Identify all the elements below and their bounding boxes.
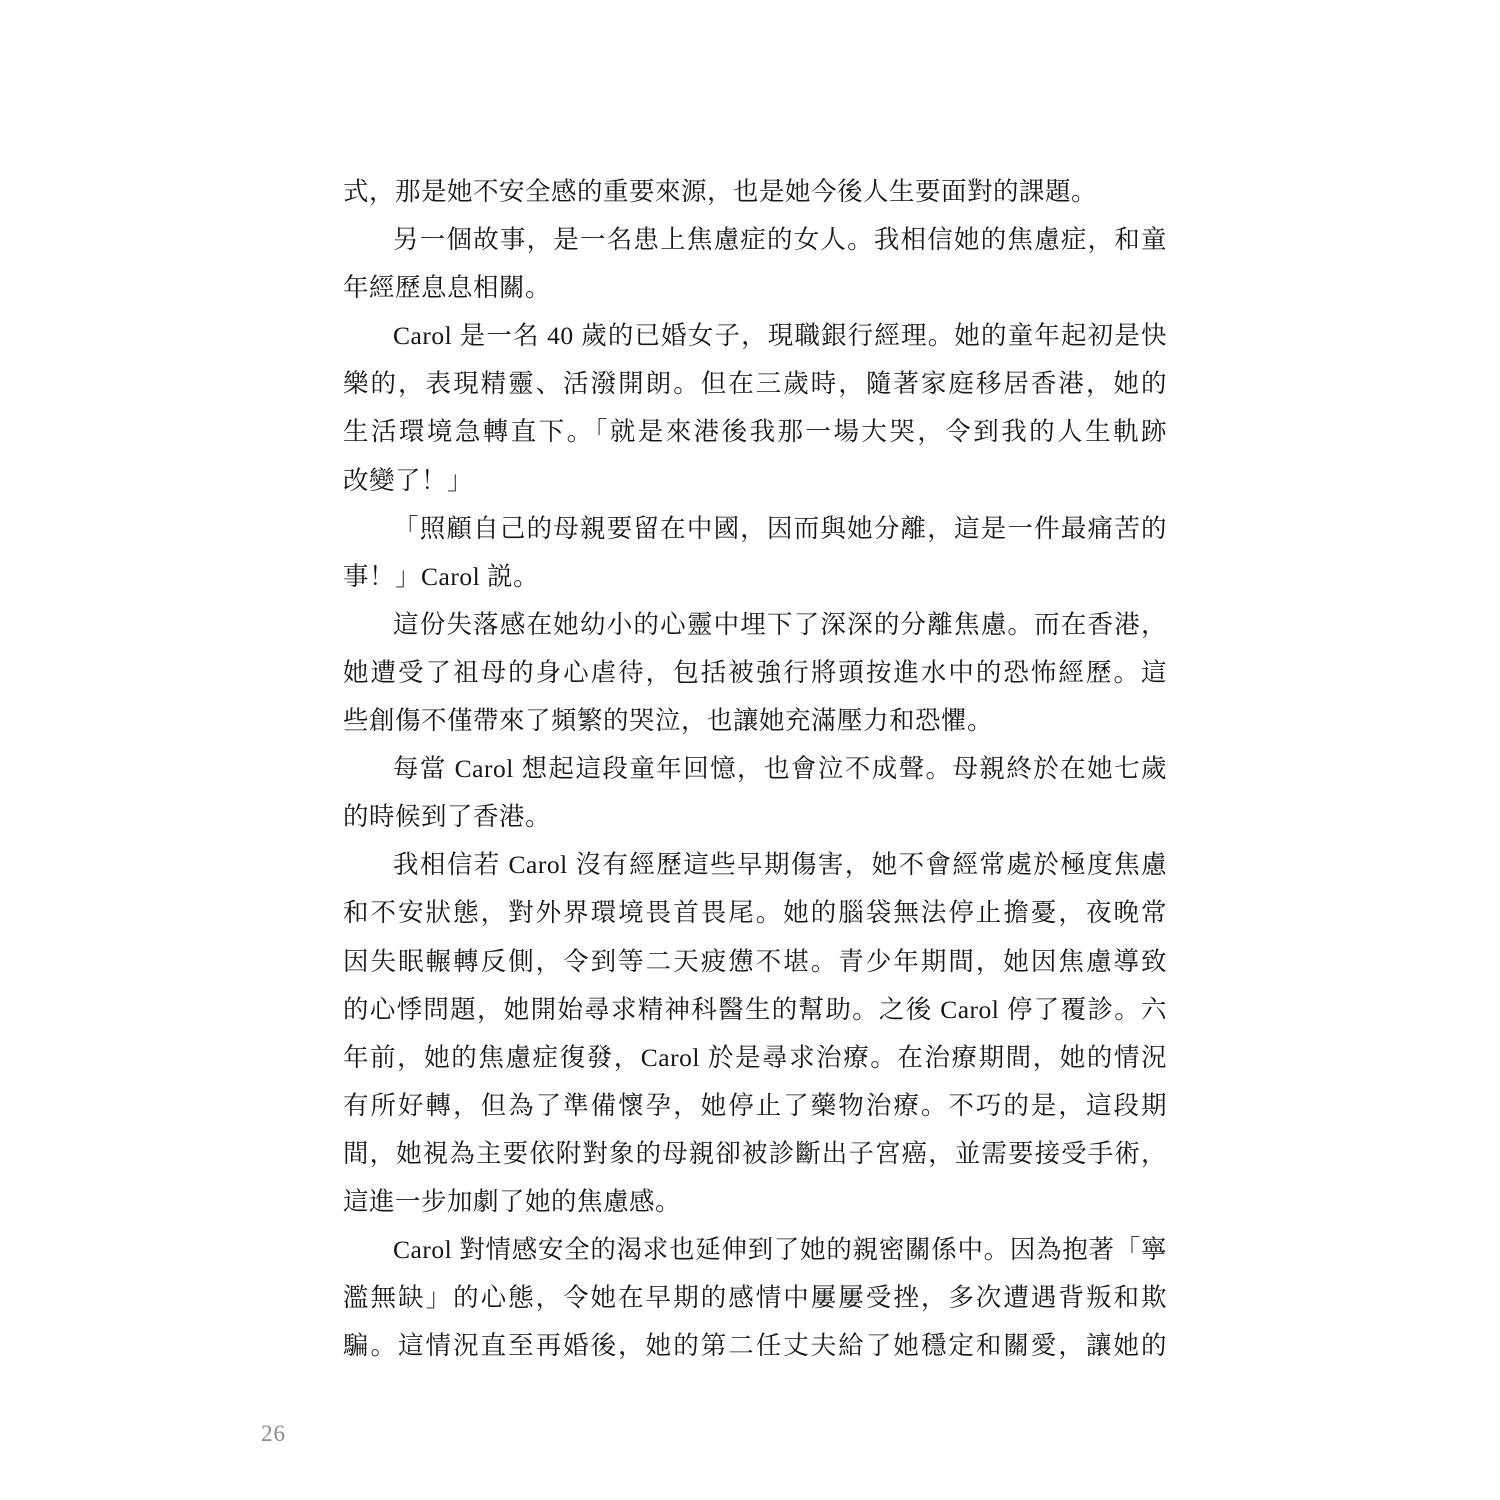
text-line: 另一個故事，是一名患上焦慮症的女人。我相信她的焦慮症，和童 [343, 216, 1167, 264]
text-line: 間，她視為主要依附對象的母親卻被診斷出子宮癌，並需要接受手術， [343, 1130, 1167, 1178]
text-line: 有所好轉，但為了準備懷孕，她停止了藥物治療。不巧的是，這段期 [343, 1082, 1167, 1130]
text-line: 濫無缺」的心態，令她在早期的感情中屢屢受挫，多次遭遇背叛和欺 [343, 1274, 1167, 1322]
text-line: 事！」Carol 説。 [343, 553, 1167, 601]
text-line: 年經歷息息相關。 [343, 264, 1167, 312]
text-line: 的心悸問題，她開始尋求精神科醫生的幫助。之後 Carol 停了覆診。六 [343, 986, 1167, 1034]
text-line: 的時候到了香港。 [343, 793, 1167, 841]
page-number: 26 [261, 1419, 286, 1449]
text-line: 和不安狀態，對外界環境畏首畏尾。她的腦袋無法停止擔憂，夜晚常 [343, 889, 1167, 937]
text-line: 這份失落感在她幼小的心靈中埋下了深深的分離焦慮。而在香港， [343, 601, 1167, 649]
text-line: 騙。這情況直至再婚後，她的第二任丈夫給了她穩定和關愛，讓她的 [343, 1322, 1167, 1370]
text-line: 每當 Carol 想起這段童年回憶，也會泣不成聲。母親終於在她七歲 [343, 745, 1167, 793]
text-line: 她遭受了祖母的身心虐待，包括被強行將頭按進水中的恐怖經歷。這 [343, 649, 1167, 697]
text-line: Carol 對情感安全的渴求也延伸到了她的親密關係中。因為抱著「寧 [343, 1226, 1167, 1274]
text-line: 式，那是她不安全感的重要來源，也是她今後人生要面對的課題。 [343, 168, 1167, 216]
text-line: 生活環境急轉直下。「就是來港後我那一場大哭，令到我的人生軌跡 [343, 408, 1167, 456]
text-line: 因失眠輾轉反側，令到等二天疲憊不堪。青少年期間，她因焦慮導致 [343, 938, 1167, 986]
text-line: 「照顧自己的母親要留在中國，因而與她分離，這是一件最痛苦的 [343, 505, 1167, 553]
text-line: 這進一步加劇了她的焦慮感。 [343, 1178, 1167, 1226]
text-line: Carol 是一名 40 歲的已婚女子，現職銀行經理。她的童年起初是快 [343, 312, 1167, 360]
body-text: 式，那是她不安全感的重要來源，也是她今後人生要面對的課題。另一個故事，是一名患上… [343, 168, 1167, 1370]
book-page: 式，那是她不安全感的重要來源，也是她今後人生要面對的課題。另一個故事，是一名患上… [0, 0, 1500, 1500]
text-line: 樂的，表現精靈、活潑開朗。但在三歲時，隨著家庭移居香港，她的 [343, 360, 1167, 408]
text-line: 改變了！」 [343, 457, 1167, 505]
text-line: 些創傷不僅帶來了頻繁的哭泣，也讓她充滿壓力和恐懼。 [343, 697, 1167, 745]
text-line: 年前，她的焦慮症復發，Carol 於是尋求治療。在治療期間，她的情況 [343, 1034, 1167, 1082]
text-line: 我相信若 Carol 沒有經歷這些早期傷害，她不會經常處於極度焦慮 [343, 841, 1167, 889]
